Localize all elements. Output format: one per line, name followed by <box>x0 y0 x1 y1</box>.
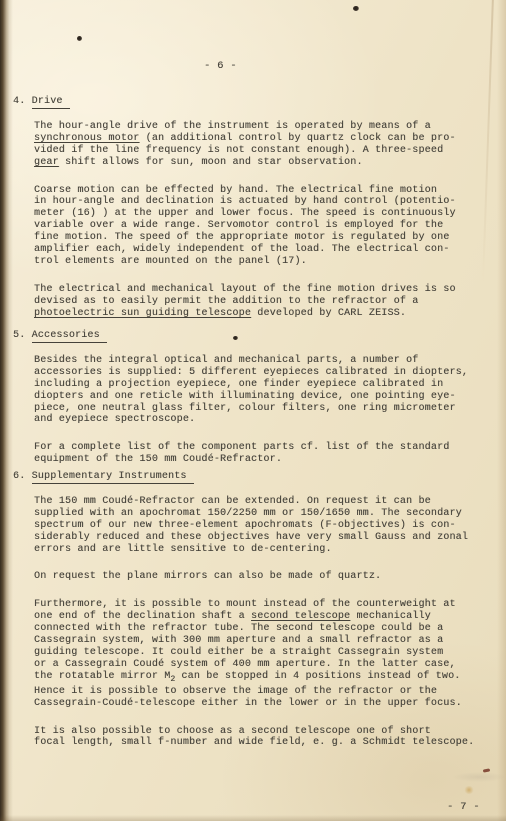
paragraph: Furthermore, it is possible to mount ins… <box>13 599 495 709</box>
text-line: supplied with an apochromat 150/2250 mm … <box>34 508 495 520</box>
paragraph: Besides the integral optical and mechani… <box>13 355 495 426</box>
page-bottom-edge <box>0 815 506 821</box>
text-line: photoelectric sun guiding telescope deve… <box>34 308 495 320</box>
text-line: devised as to easily permit the addition… <box>34 296 495 308</box>
text-line: trol elements are mounted on the panel (… <box>34 256 495 268</box>
paragraph: The 150 mm Coudé-Refractor can be extend… <box>13 496 495 556</box>
section-heading: 5. Accessories <box>13 330 495 342</box>
text-line: errors and are little sensitive to de-ce… <box>34 544 495 556</box>
text-line: meter (16) ) at the upper and lower focu… <box>34 208 495 220</box>
text-line: The electrical and mechanical layout of … <box>34 284 495 296</box>
text-line: Furthermore, it is possible to mount ins… <box>34 599 495 611</box>
text-line: focal length, small f-number and wide fi… <box>34 737 495 749</box>
page-number-top: - 6 - <box>204 60 237 72</box>
paper-stain <box>464 786 474 794</box>
section-number: 4. <box>13 96 32 107</box>
text-line: fine motion. The speed of the appropriat… <box>34 232 495 244</box>
text-line: gear shift allows for sun, moon and star… <box>34 157 495 169</box>
ink-speck <box>353 6 359 11</box>
section-title: Supplementary Instruments <box>32 471 194 484</box>
text-line: one end of the declination shaft a secon… <box>34 611 495 623</box>
text-line: For a complete list of the component par… <box>34 442 495 454</box>
text-line: including a projection eyepiece, one fin… <box>34 379 495 391</box>
page-right-edge <box>497 0 506 821</box>
section-5: 5. AccessoriesBesides the integral optic… <box>13 330 495 466</box>
section-number: 5. <box>13 330 32 341</box>
text-line: equipment of the 150 mm Coudé-Refractor. <box>34 454 495 466</box>
text-line: the rotatable mirror M2 can be stopped i… <box>34 671 495 686</box>
paragraph: Coarse motion can be effected by hand. T… <box>13 185 495 268</box>
paragraph: On request the plane mirrors can also be… <box>13 571 495 583</box>
paper-smudge <box>452 772 506 782</box>
text-line: Besides the integral optical and mechani… <box>34 355 495 367</box>
section-title: Drive <box>32 96 70 109</box>
text-line: Coarse motion can be effected by hand. T… <box>34 185 495 197</box>
text-line: synchronous motor (an additional control… <box>34 133 495 145</box>
text-line: or a Cassegrain Coudé system of 400 mm a… <box>34 659 495 671</box>
section-heading: 6. Supplementary Instruments <box>13 471 495 483</box>
paragraph: It is also possible to choose as a secon… <box>13 726 495 750</box>
text-line: The 150 mm Coudé-Refractor can be extend… <box>34 496 495 508</box>
text-line: diopters and one reticle with illuminati… <box>34 391 495 403</box>
text-line: On request the plane mirrors can also be… <box>34 571 495 583</box>
text-line: Cassegrain-Coudé-telescope either in the… <box>34 698 495 710</box>
text-line: It is also possible to choose as a secon… <box>34 726 495 738</box>
text-line: Cassegrain system, with 300 mm aperture … <box>34 635 495 647</box>
section-number: 6. <box>13 471 32 482</box>
text-line: variable over a wide range. Servomotor c… <box>34 220 495 232</box>
text-line: vided if the line frequency is not const… <box>34 145 495 157</box>
text-line: guiding telescope. It could either be a … <box>34 647 495 659</box>
text-line: piece, one neutral glass filter, colour … <box>34 403 495 415</box>
text-line: siderably reduced and these objectives h… <box>34 532 495 544</box>
text-line: connected with the refractor tube. The s… <box>34 623 495 635</box>
paragraph: For a complete list of the component par… <box>13 442 495 466</box>
page-number-bottom: - 7 - <box>447 801 480 813</box>
section-6: 6. Supplementary InstrumentsThe 150 mm C… <box>13 471 495 749</box>
paragraph: The electrical and mechanical layout of … <box>13 284 495 320</box>
paragraph: The hour-angle drive of the instrument i… <box>13 121 495 169</box>
section-heading: 4. Drive <box>13 96 495 108</box>
text-line: in hour-angle and declination is actuate… <box>34 196 495 208</box>
text-line: and eyepiece spectroscope. <box>34 414 495 426</box>
text-line: amplifier each, widely independent of th… <box>34 244 495 256</box>
section-title: Accessories <box>32 330 107 343</box>
text-line: Hence it is possible to observe the imag… <box>34 686 495 698</box>
text-line: The hour-angle drive of the instrument i… <box>34 121 495 133</box>
text-line: spectrum of our new three-element apochr… <box>34 520 495 532</box>
section-4: 4. DriveThe hour-angle drive of the inst… <box>13 96 495 320</box>
ink-speck <box>77 36 82 41</box>
page-binding-edge <box>0 0 13 821</box>
text-line: accessories is supplied: 5 different eye… <box>34 367 495 379</box>
document-page: - 6 - 4. DriveThe hour-angle drive of th… <box>0 0 506 821</box>
ink-speck <box>233 336 238 340</box>
